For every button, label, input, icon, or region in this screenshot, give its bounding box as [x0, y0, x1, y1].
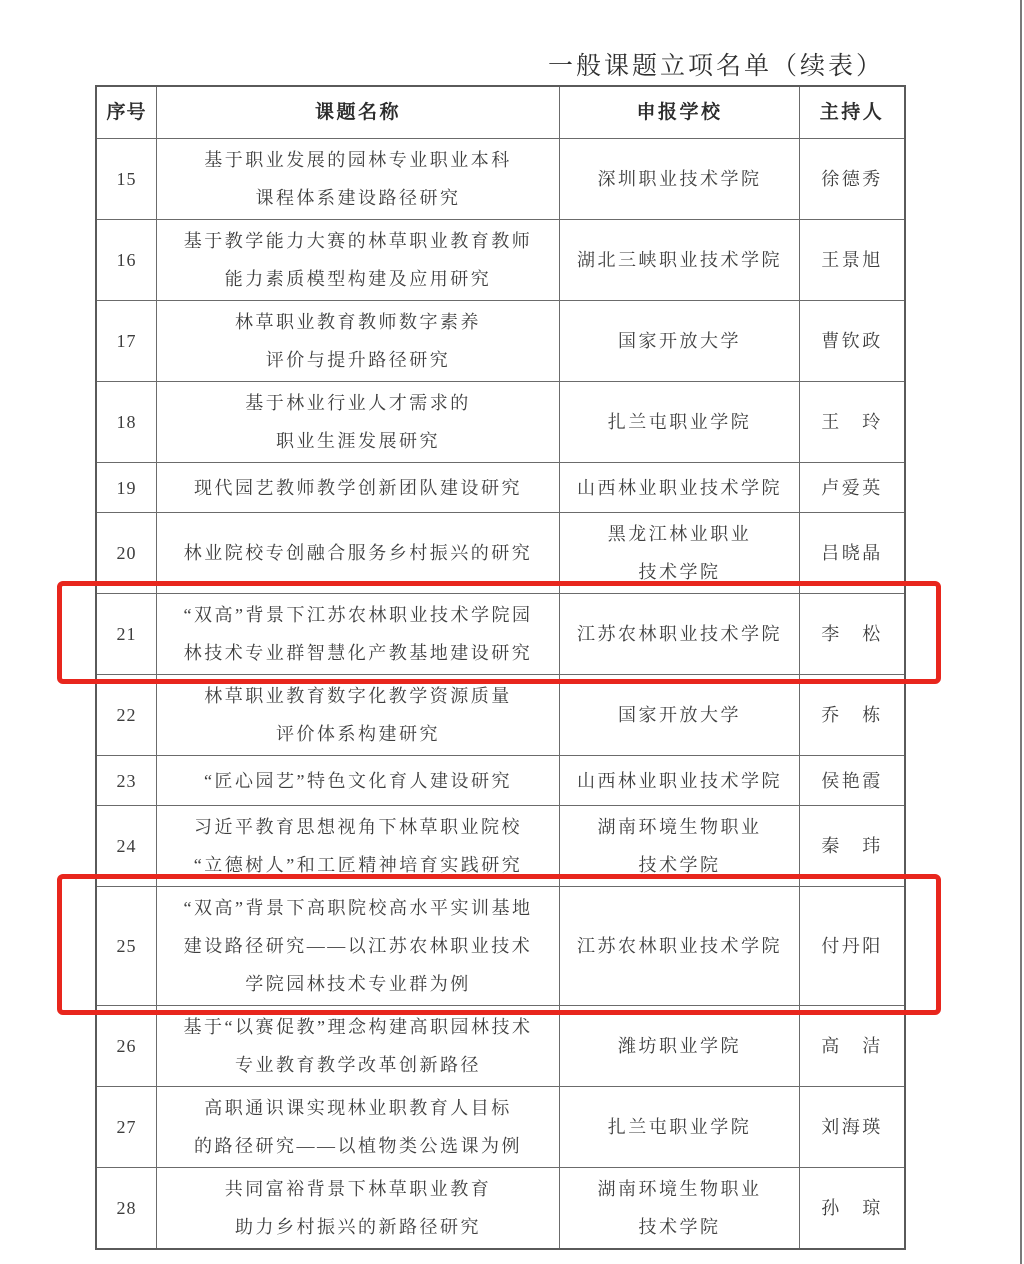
page-edge-line	[1020, 0, 1022, 1264]
table-row: 23“匠心园艺”特色文化育人建设研究山西林业职业技术学院侯艳霞	[97, 756, 904, 806]
school-cell: 山西林业职业技术学院	[560, 463, 800, 512]
leader-cell: 王 玲	[800, 382, 904, 462]
table-row: 15基于职业发展的园林专业职业本科 课程体系建设路径研究深圳职业技术学院徐德秀	[97, 139, 904, 220]
school-cell: 江苏农林职业技术学院	[560, 887, 800, 1005]
project-title-cell: 林草职业教育数字化教学资源质量 评价体系构建研究	[157, 675, 560, 755]
project-title-cell: 基于教学能力大赛的林草职业教育教师 能力素质模型构建及应用研究	[157, 220, 560, 300]
school-cell: 扎兰屯职业学院	[560, 382, 800, 462]
table-row: 28共同富裕背景下林草职业教育 助力乡村振兴的新路径研究湖南环境生物职业 技术学…	[97, 1168, 904, 1248]
leader-cell: 付丹阳	[800, 887, 904, 1005]
row-number-cell: 16	[97, 220, 157, 300]
school-cell: 潍坊职业学院	[560, 1006, 800, 1086]
row-number-cell: 27	[97, 1087, 157, 1167]
school-cell: 湖北三峡职业技术学院	[560, 220, 800, 300]
table-body: 15基于职业发展的园林专业职业本科 课程体系建设路径研究深圳职业技术学院徐德秀1…	[97, 139, 904, 1248]
row-number-cell: 20	[97, 513, 157, 593]
project-title-cell: “双高”背景下江苏农林职业技术学院园 林技术专业群智慧化产教基地建设研究	[157, 594, 560, 674]
leader-cell: 卢爱英	[800, 463, 904, 512]
page-title: 一般课题立项名单（续表）	[548, 46, 884, 82]
table-row: 22林草职业教育数字化教学资源质量 评价体系构建研究国家开放大学乔 栋	[97, 675, 904, 756]
row-number-cell: 26	[97, 1006, 157, 1086]
header-serial-number: 序号	[97, 87, 157, 138]
school-cell: 江苏农林职业技术学院	[560, 594, 800, 674]
table-row: 25“双高”背景下高职院校高水平实训基地 建设路径研究——以江苏农林职业技术 学…	[97, 887, 904, 1006]
table-row: 26基于“以赛促教”理念构建高职园林技术 专业教育教学改革创新路径潍坊职业学院高…	[97, 1006, 904, 1087]
leader-cell: 乔 栋	[800, 675, 904, 755]
leader-cell: 秦 玮	[800, 806, 904, 886]
leader-cell: 刘海瑛	[800, 1087, 904, 1167]
row-number-cell: 21	[97, 594, 157, 674]
leader-cell: 吕晓晶	[800, 513, 904, 593]
project-title-cell: 共同富裕背景下林草职业教育 助力乡村振兴的新路径研究	[157, 1168, 560, 1248]
row-number-cell: 19	[97, 463, 157, 512]
project-title-cell: 林草职业教育教师数字素养 评价与提升路径研究	[157, 301, 560, 381]
table-row: 27高职通识课实现林业职教育人目标 的路径研究——以植物类公选课为例扎兰屯职业学…	[97, 1087, 904, 1168]
school-cell: 山西林业职业技术学院	[560, 756, 800, 805]
row-number-cell: 23	[97, 756, 157, 805]
row-number-cell: 28	[97, 1168, 157, 1248]
table-row: 21“双高”背景下江苏农林职业技术学院园 林技术专业群智慧化产教基地建设研究江苏…	[97, 594, 904, 675]
header-project-leader: 主持人	[800, 87, 904, 138]
table-row: 20林业院校专创融合服务乡村振兴的研究黑龙江林业职业 技术学院吕晓晶	[97, 513, 904, 594]
table-row: 24习近平教育思想视角下林草职业院校 “立德树人”和工匠精神培育实践研究湖南环境…	[97, 806, 904, 887]
table-header-row: 序号 课题名称 申报学校 主持人	[97, 87, 904, 139]
table-row: 18基于林业行业人才需求的 职业生涯发展研究扎兰屯职业学院王 玲	[97, 382, 904, 463]
leader-cell: 高 洁	[800, 1006, 904, 1086]
school-cell: 深圳职业技术学院	[560, 139, 800, 219]
project-title-cell: 高职通识课实现林业职教育人目标 的路径研究——以植物类公选课为例	[157, 1087, 560, 1167]
row-number-cell: 17	[97, 301, 157, 381]
leader-cell: 王景旭	[800, 220, 904, 300]
school-cell: 湖南环境生物职业 技术学院	[560, 806, 800, 886]
leader-cell: 曹钦政	[800, 301, 904, 381]
school-cell: 黑龙江林业职业 技术学院	[560, 513, 800, 593]
table-row: 19现代园艺教师教学创新团队建设研究山西林业职业技术学院卢爱英	[97, 463, 904, 513]
row-number-cell: 18	[97, 382, 157, 462]
table-row: 16基于教学能力大赛的林草职业教育教师 能力素质模型构建及应用研究湖北三峡职业技…	[97, 220, 904, 301]
project-title-cell: “匠心园艺”特色文化育人建设研究	[157, 756, 560, 805]
header-project-title: 课题名称	[157, 87, 560, 138]
projects-table: 序号 课题名称 申报学校 主持人 15基于职业发展的园林专业职业本科 课程体系建…	[95, 85, 906, 1250]
leader-cell: 李 松	[800, 594, 904, 674]
school-cell: 国家开放大学	[560, 301, 800, 381]
project-title-cell: 现代园艺教师教学创新团队建设研究	[157, 463, 560, 512]
project-title-cell: 林业院校专创融合服务乡村振兴的研究	[157, 513, 560, 593]
row-number-cell: 25	[97, 887, 157, 1005]
project-title-cell: 基于“以赛促教”理念构建高职园林技术 专业教育教学改革创新路径	[157, 1006, 560, 1086]
document-page: 一般课题立项名单（续表） 序号 课题名称 申报学校 主持人 15基于职业发展的园…	[0, 0, 1024, 1264]
project-title-cell: 基于职业发展的园林专业职业本科 课程体系建设路径研究	[157, 139, 560, 219]
header-applying-school: 申报学校	[560, 87, 800, 138]
school-cell: 湖南环境生物职业 技术学院	[560, 1168, 800, 1248]
school-cell: 国家开放大学	[560, 675, 800, 755]
school-cell: 扎兰屯职业学院	[560, 1087, 800, 1167]
leader-cell: 孙 琼	[800, 1168, 904, 1248]
row-number-cell: 15	[97, 139, 157, 219]
project-title-cell: “双高”背景下高职院校高水平实训基地 建设路径研究——以江苏农林职业技术 学院园…	[157, 887, 560, 1005]
leader-cell: 徐德秀	[800, 139, 904, 219]
project-title-cell: 习近平教育思想视角下林草职业院校 “立德树人”和工匠精神培育实践研究	[157, 806, 560, 886]
project-title-cell: 基于林业行业人才需求的 职业生涯发展研究	[157, 382, 560, 462]
row-number-cell: 22	[97, 675, 157, 755]
row-number-cell: 24	[97, 806, 157, 886]
table-row: 17林草职业教育教师数字素养 评价与提升路径研究国家开放大学曹钦政	[97, 301, 904, 382]
leader-cell: 侯艳霞	[800, 756, 904, 805]
